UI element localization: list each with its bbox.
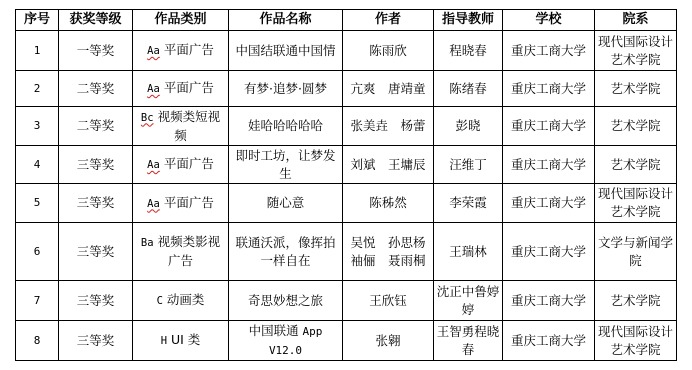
cell-authors: 吴悦 孙思杨袖俪 聂雨桐 xyxy=(343,223,434,281)
cell-award-level: 三等奖 xyxy=(59,321,133,361)
cell-award-level: 二等奖 xyxy=(59,107,133,146)
table-row: 8 三等奖 H UI 类 中国联通 App V12.0 张翱 王智勇程晓春 重庆… xyxy=(16,321,677,361)
cell-advisor: 沈正中鲁婷婷 xyxy=(434,281,503,321)
cell-department: 文学与新闻学院 xyxy=(595,223,677,281)
cell-authors: 陈雨欣 xyxy=(343,31,434,71)
category-code: Aa xyxy=(147,83,160,95)
cell-award-level: 二等奖 xyxy=(59,71,133,107)
cell-advisor: 陈绪春 xyxy=(434,71,503,107)
header-work-title: 作品名称 xyxy=(229,10,343,31)
cell-number: 2 xyxy=(16,71,59,107)
cell-award-level: 三等奖 xyxy=(59,281,133,321)
cell-department: 现代国际设计艺术学院 xyxy=(595,321,677,361)
cell-number: 4 xyxy=(16,146,59,184)
category-label: 平面广告 xyxy=(164,42,214,57)
category-label: 平面广告 xyxy=(164,156,214,171)
table-row: 3 二等奖 Bc 视频类短视频 娃哈哈哈哈哈 张美垚 杨蕾 彭晓 重庆工商大学 … xyxy=(16,107,677,146)
category-code: H xyxy=(161,335,167,347)
table-row: 2 二等奖 Aa 平面广告 有梦·追梦·圆梦 亢爽 唐靖童 陈绪春 重庆工商大学… xyxy=(16,71,677,107)
cell-department: 艺术学院 xyxy=(595,146,677,184)
cell-number: 1 xyxy=(16,31,59,71)
header-category: 作品类别 xyxy=(133,10,229,31)
category-label: 动画类 xyxy=(167,292,205,307)
cell-authors: 陈秭然 xyxy=(343,184,434,223)
cell-advisor: 王智勇程晓春 xyxy=(434,321,503,361)
cell-number: 6 xyxy=(16,223,59,281)
awards-table: 序号 获奖等级 作品类别 作品名称 作者 指导教师 学校 院系 1 一等奖 Aa… xyxy=(15,9,677,361)
category-label: 视频类短视频 xyxy=(158,109,221,143)
header-authors: 作者 xyxy=(343,10,434,31)
cell-school: 重庆工商大学 xyxy=(503,71,595,107)
header-row: 序号 获奖等级 作品类别 作品名称 作者 指导教师 学校 院系 xyxy=(16,10,677,31)
category-label: UI 类 xyxy=(171,332,200,347)
category-label: 视频类影视广告 xyxy=(158,234,221,268)
cell-work-title: 娃哈哈哈哈哈 xyxy=(229,107,343,146)
cell-award-level: 三等奖 xyxy=(59,184,133,223)
cell-advisor: 王瑞林 xyxy=(434,223,503,281)
table-row: 7 三等奖 C 动画类 奇思妙想之旅 王欣钰 沈正中鲁婷婷 重庆工商大学 艺术学… xyxy=(16,281,677,321)
table-row: 4 三等奖 Aa 平面广告 即时工坊，让梦发生 刘斌 王墉辰 汪维丁 重庆工商大… xyxy=(16,146,677,184)
cell-award-level: 三等奖 xyxy=(59,223,133,281)
cell-authors: 亢爽 唐靖童 xyxy=(343,71,434,107)
cell-category: Bc 视频类短视频 xyxy=(133,107,229,146)
header-department: 院系 xyxy=(595,10,677,31)
table-row: 5 三等奖 Aa 平面广告 随心意 陈秭然 李荣霞 重庆工商大学 现代国际设计艺… xyxy=(16,184,677,223)
cell-department: 艺术学院 xyxy=(595,107,677,146)
cell-category: H UI 类 xyxy=(133,321,229,361)
cell-school: 重庆工商大学 xyxy=(503,223,595,281)
cell-school: 重庆工商大学 xyxy=(503,31,595,71)
cell-work-title: 中国结联通中国情 xyxy=(229,31,343,71)
cell-award-level: 三等奖 xyxy=(59,146,133,184)
category-code: Ba xyxy=(141,237,154,249)
cell-department: 现代国际设计艺术学院 xyxy=(595,31,677,71)
category-code: Aa xyxy=(147,159,160,171)
cell-department: 艺术学院 xyxy=(595,281,677,321)
header-school: 学校 xyxy=(503,10,595,31)
category-label: 平面广告 xyxy=(164,195,214,210)
category-code: Aa xyxy=(147,45,160,57)
table-row: 6 三等奖 Ba 视频类影视广告 联通沃派，像挥拍一样自在 吴悦 孙思杨袖俪 聂… xyxy=(16,223,677,281)
category-code: Bc xyxy=(141,112,154,124)
cell-authors: 张翱 xyxy=(343,321,434,361)
cell-school: 重庆工商大学 xyxy=(503,146,595,184)
cell-number: 3 xyxy=(16,107,59,146)
cell-authors: 王欣钰 xyxy=(343,281,434,321)
cell-category: Aa 平面广告 xyxy=(133,146,229,184)
cell-school: 重庆工商大学 xyxy=(503,184,595,223)
cell-advisor: 汪维丁 xyxy=(434,146,503,184)
category-label: 平面广告 xyxy=(164,80,214,95)
header-advisor: 指导教师 xyxy=(434,10,503,31)
cell-number: 8 xyxy=(16,321,59,361)
cell-category: Aa 平面广告 xyxy=(133,31,229,71)
cell-number: 5 xyxy=(16,184,59,223)
cell-award-level: 一等奖 xyxy=(59,31,133,71)
cell-department: 艺术学院 xyxy=(595,71,677,107)
category-code: Aa xyxy=(147,198,160,210)
cell-work-title: 有梦·追梦·圆梦 xyxy=(229,71,343,107)
cell-school: 重庆工商大学 xyxy=(503,281,595,321)
cell-authors: 刘斌 王墉辰 xyxy=(343,146,434,184)
cell-school: 重庆工商大学 xyxy=(503,321,595,361)
header-number: 序号 xyxy=(16,10,59,31)
cell-category: Aa 平面广告 xyxy=(133,184,229,223)
cell-advisor: 李荣霞 xyxy=(434,184,503,223)
cell-work-title: 随心意 xyxy=(229,184,343,223)
cell-category: C 动画类 xyxy=(133,281,229,321)
category-code: C xyxy=(157,295,163,307)
cell-department: 现代国际设计艺术学院 xyxy=(595,184,677,223)
cell-school: 重庆工商大学 xyxy=(503,107,595,146)
cell-advisor: 程晓春 xyxy=(434,31,503,71)
table-row: 1 一等奖 Aa 平面广告 中国结联通中国情 陈雨欣 程晓春 重庆工商大学 现代… xyxy=(16,31,677,71)
cell-advisor: 彭晓 xyxy=(434,107,503,146)
cell-category: Aa 平面广告 xyxy=(133,71,229,107)
cell-authors: 张美垚 杨蕾 xyxy=(343,107,434,146)
cell-work-title: 中国联通 App V12.0 xyxy=(229,321,343,361)
cell-number: 7 xyxy=(16,281,59,321)
header-award-level: 获奖等级 xyxy=(59,10,133,31)
cell-category: Ba 视频类影视广告 xyxy=(133,223,229,281)
cell-work-title: 即时工坊，让梦发生 xyxy=(229,146,343,184)
cell-work-title: 联通沃派，像挥拍一样自在 xyxy=(229,223,343,281)
cell-work-title: 奇思妙想之旅 xyxy=(229,281,343,321)
